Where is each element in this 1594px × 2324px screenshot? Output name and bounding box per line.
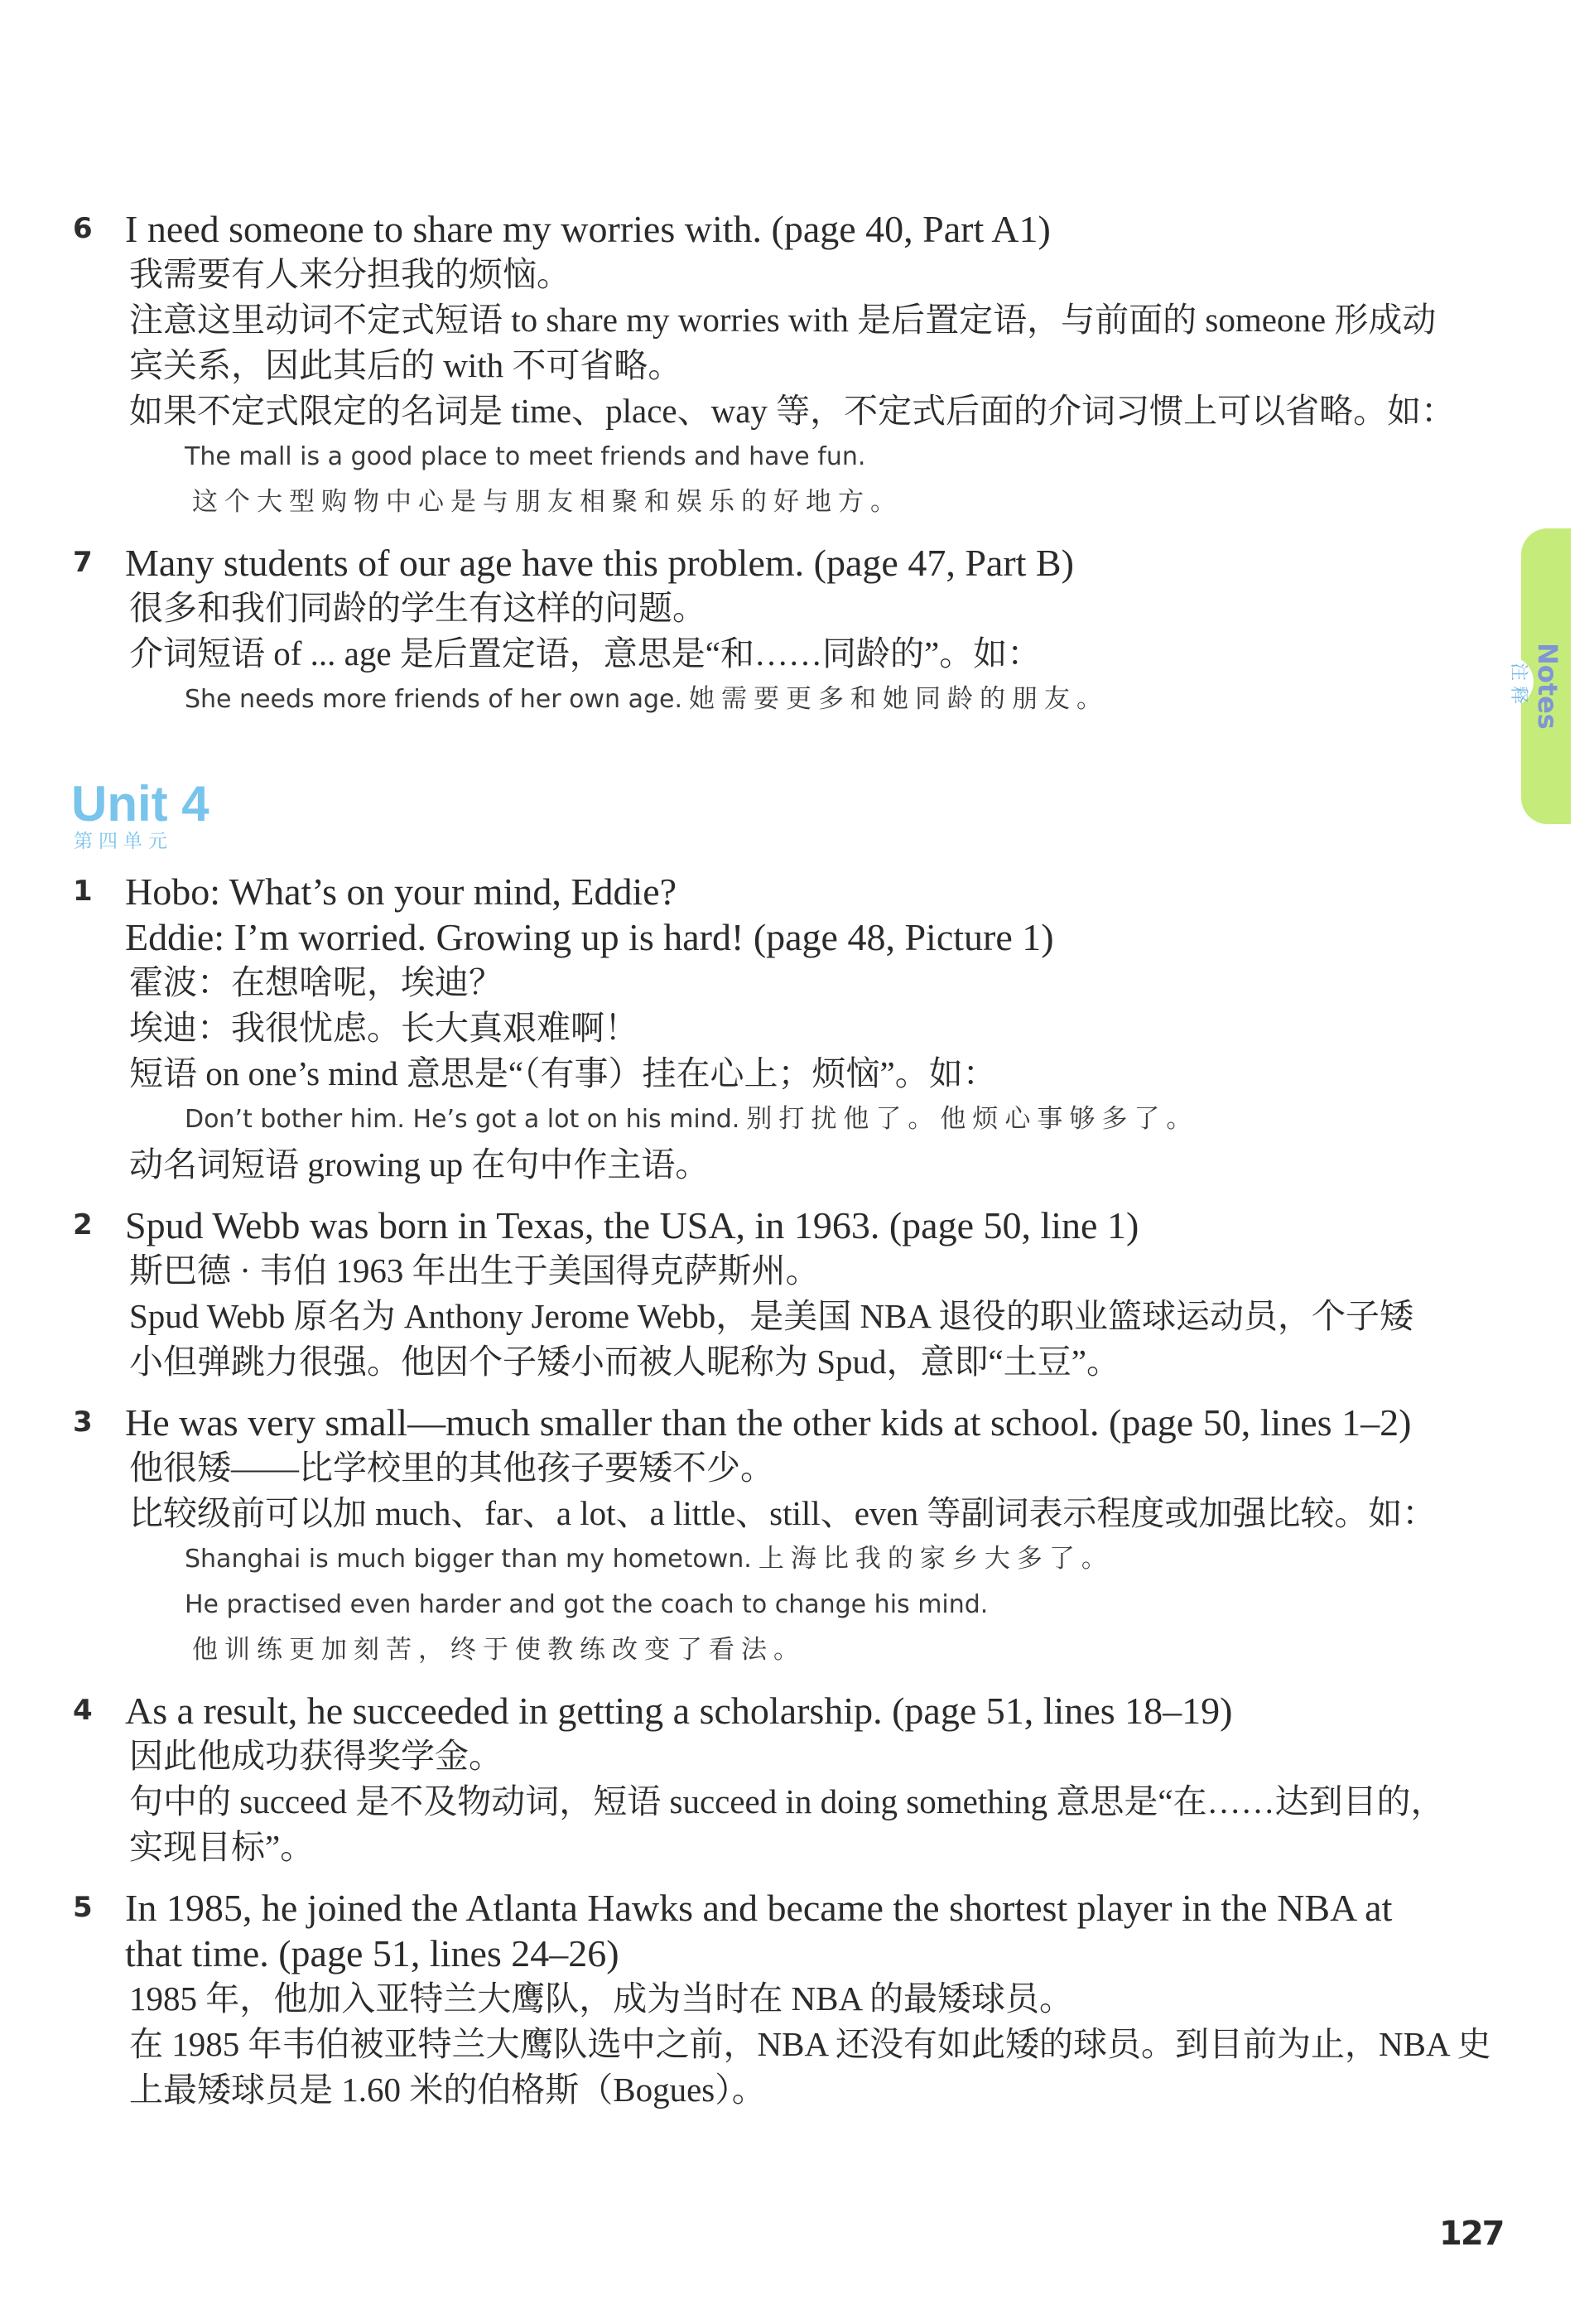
example-english: He practised even harder and got the coa…: [185, 1590, 988, 1619]
explanation-line: 宾关系，因此其后的 with 不可省略。: [0, 343, 1594, 388]
textbook-page: 6 I need someone to share my worries wit…: [0, 0, 1594, 2324]
note-item-5: 5 In 1985, he joined the Atlanta Hawks a…: [0, 1885, 1594, 2113]
note-number: 4: [73, 1688, 93, 1733]
example-line: She needs more friends of her own age.她需…: [0, 677, 1594, 722]
notes-tab-label: Notes: [1536, 643, 1559, 730]
explanation-line: 小但弹跳力很强。他因个子矮小而被人昵称为 Spud，意即“土豆”。: [0, 1339, 1594, 1385]
explanation-line: Spud Webb 原名为 Anthony Jerome Webb，是美国 NB…: [0, 1294, 1594, 1339]
chinese-translation: 很多和我们同龄的学生有这样的问题。: [0, 586, 1594, 631]
explanation-line: 动名词短语 growing up 在句中作主语。: [0, 1142, 1594, 1188]
explanation-line: 上最矮球员是 1.60 米的伯格斯（Bogues）。: [0, 2067, 1594, 2113]
english-sentence: Eddie: I’m worried. Growing up is hard! …: [0, 914, 1594, 960]
note-number: 1: [73, 869, 93, 914]
english-sentence: that time. (page 51, lines 24–26): [0, 1931, 1594, 1976]
note-item-6: 6 I need someone to share my worries wit…: [0, 206, 1594, 525]
explanation-line: 实现目标”。: [0, 1825, 1594, 1870]
example-english: Don’t bother him. He’s got a lot on his …: [185, 1105, 739, 1134]
example-line: He practised even harder and got the coa…: [0, 1582, 1594, 1627]
unit-title: Unit 4: [0, 779, 1594, 829]
note-number: 3: [73, 1400, 93, 1445]
example-chinese: 这个大型购物中心是与朋友相聚和娱乐的好地方。: [192, 487, 903, 517]
note-number: 6: [73, 206, 93, 252]
explanation-line: 如果不定式限定的名词是 time、place、way 等，不定式后面的介词习惯上…: [0, 388, 1594, 434]
chinese-translation: 斯巴德 · 韦伯 1963 年出生于美国得克萨斯州。: [0, 1248, 1594, 1294]
explanation-line: 注意这里动词不定式短语 to share my worries with 是后置…: [0, 297, 1594, 343]
unit-heading: Unit 4 第四单元: [0, 779, 1594, 854]
note-item-1: 1 Hobo: What’s on your mind, Eddie? Eddi…: [0, 869, 1594, 1188]
english-sentence: In 1985, he joined the Atlanta Hawks and…: [0, 1885, 1594, 1931]
note-item-4: 4 As a result, he succeeded in getting a…: [0, 1688, 1594, 1870]
english-sentence: I need someone to share my worries with.…: [0, 206, 1594, 252]
note-number: 5: [73, 1885, 93, 1931]
example-english: Shanghai is much bigger than my hometown…: [185, 1545, 752, 1574]
chinese-translation: 霍波：在想啥呢，埃迪？: [0, 960, 1594, 1005]
example-chinese: 她需要更多和她同龄的朋友。: [689, 684, 1109, 714]
chinese-translation: 他很矮——比学校里的其他孩子要矮不少。: [0, 1445, 1594, 1491]
explanation-line: 句中的 succeed 是不及物动词，短语 succeed in doing s…: [0, 1779, 1594, 1825]
example-line: 他训练更加刻苦，终于使教练改变了看法。: [0, 1627, 1594, 1673]
notes-tab-label-zh: 注释: [1507, 663, 1529, 709]
example-chinese: 别打扰他了。他烦心事够多了。: [746, 1104, 1198, 1134]
chinese-translation: 我需要有人来分担我的烦恼。: [0, 252, 1594, 297]
note-number: 7: [73, 540, 93, 586]
english-sentence: Many students of our age have this probl…: [0, 540, 1594, 586]
english-sentence: He was very small—much smaller than the …: [0, 1400, 1594, 1445]
explanation-line: 比较级前可以加 much、far、a lot、a little、still、ev…: [0, 1491, 1594, 1536]
note-number: 2: [73, 1203, 93, 1248]
example-english: The mall is a good place to meet friends…: [185, 442, 865, 471]
note-item-2: 2 Spud Webb was born in Texas, the USA, …: [0, 1203, 1594, 1385]
explanation-line: 在 1985 年韦伯被亚特兰大鹰队选中之前，NBA 还没有如此矮的球员。到目前为…: [0, 2022, 1594, 2067]
example-line: 这个大型购物中心是与朋友相聚和娱乐的好地方。: [0, 480, 1594, 525]
notes-content: 6 I need someone to share my worries wit…: [0, 206, 1594, 2113]
example-chinese: 上海比我的家乡大多了。: [758, 1544, 1114, 1574]
example-line: Shanghai is much bigger than my hometown…: [0, 1536, 1594, 1582]
chinese-translation: 因此他成功获得奖学金。: [0, 1733, 1594, 1779]
english-sentence: As a result, he succeeded in getting a s…: [0, 1688, 1594, 1733]
note-item-7: 7 Many students of our age have this pro…: [0, 540, 1594, 722]
chinese-translation: 1985 年，他加入亚特兰大鹰队，成为当时在 NBA 的最矮球员。: [0, 1976, 1594, 2022]
english-sentence: Hobo: What’s on your mind, Eddie?: [0, 869, 1594, 914]
example-line: Don’t bother him. He’s got a lot on his …: [0, 1097, 1594, 1142]
example-english: She needs more friends of her own age.: [185, 685, 682, 714]
chinese-translation: 埃迪：我很忧虑。长大真艰难啊！: [0, 1005, 1594, 1051]
page-number: 127: [1439, 2213, 1504, 2254]
unit-subtitle: 第四单元: [0, 829, 1594, 854]
example-chinese: 他训练更加刻苦，终于使教练改变了看法。: [192, 1635, 806, 1665]
explanation-line: 介词短语 of ... age 是后置定语，意思是“和……同龄的”。如：: [0, 631, 1594, 677]
note-item-3: 3 He was very small—much smaller than th…: [0, 1400, 1594, 1673]
explanation-line: 短语 on one’s mind 意思是“（有事）挂在心上；烦恼”。如：: [0, 1051, 1594, 1097]
example-line: The mall is a good place to meet friends…: [0, 434, 1594, 480]
english-sentence: Spud Webb was born in Texas, the USA, in…: [0, 1203, 1594, 1248]
